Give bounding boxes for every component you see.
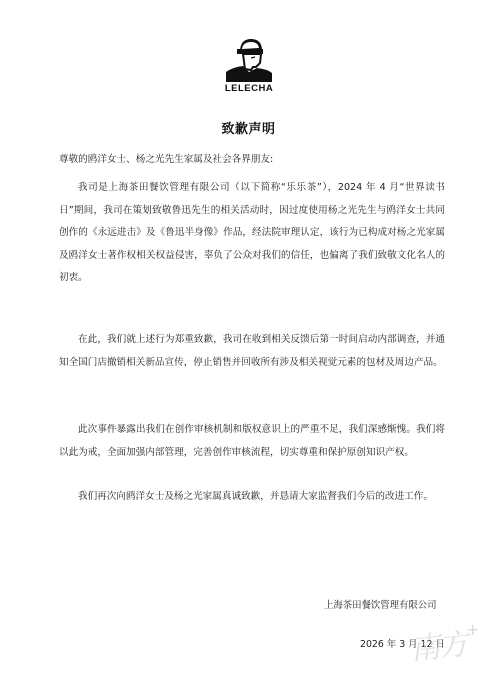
paragraph-4: 我们再次向鸥洋女士及杨之光家属真诚致歉，并恳请大家监督我们今后的改进工作。 xyxy=(59,486,445,509)
paragraph-2: 在此，我们就上述行为郑重致歉，我司在收到相关反馈后第一时间启动内部调查，并通知全… xyxy=(59,329,445,374)
brand-name: LELECHA xyxy=(225,83,273,94)
lelecha-logo: LELECHA xyxy=(223,36,275,94)
brand-mascot-icon xyxy=(223,36,275,82)
watermark-plus-icon: + xyxy=(466,620,479,639)
watermark: 南方 xyxy=(408,619,468,669)
paragraph-3: 此次事件暴露出我们在创作审核机制和版权意识上的严重不足，我们深感惭愧。我们将以此… xyxy=(59,419,445,464)
signature-company: 上海茶田餐饮管理有限公司 xyxy=(324,597,437,611)
salutation: 尊敬的鸥洋女士、杨之光先生家属及社会各界朋友: xyxy=(59,151,273,165)
paragraph-1: 我司是上海茶田餐饮管理有限公司（以下简称“乐乐茶”），2024 年 4 月“世界… xyxy=(59,177,445,290)
document-title: 致歉声明 xyxy=(0,118,497,137)
